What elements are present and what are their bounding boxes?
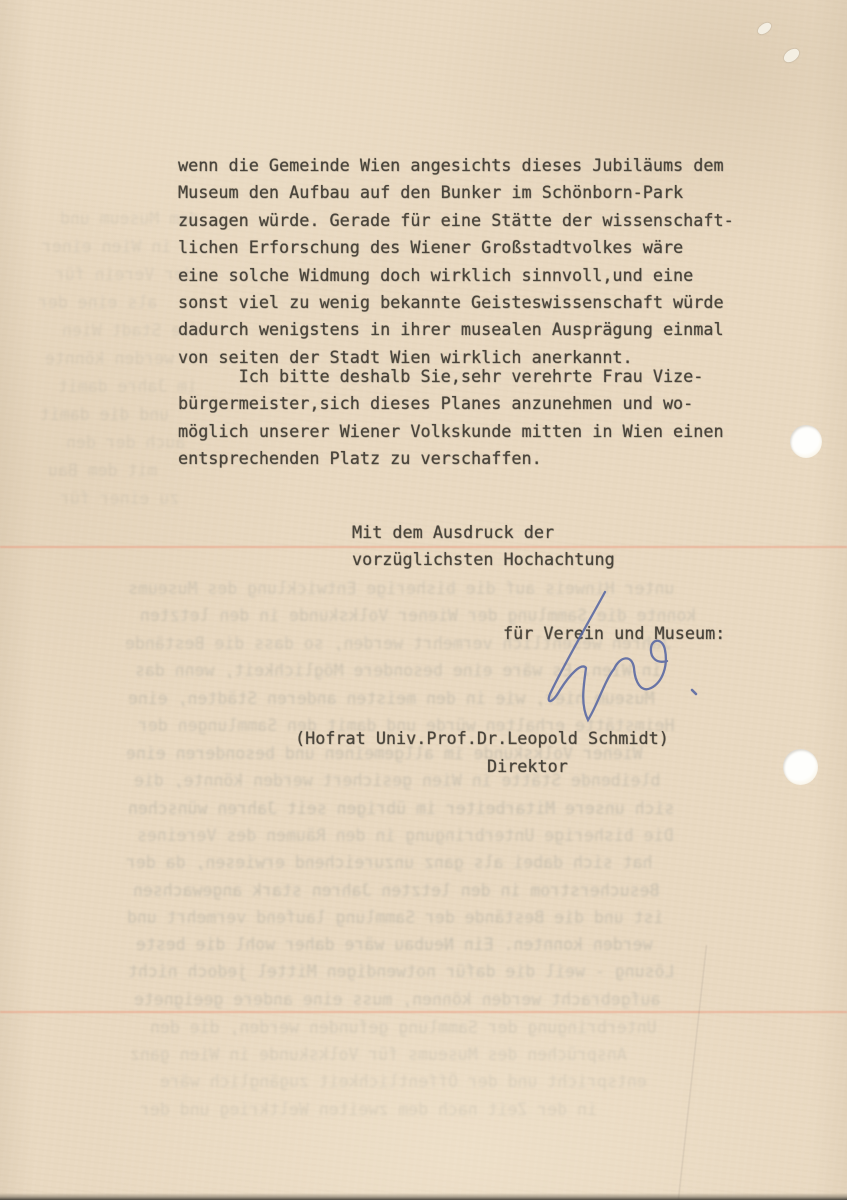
letter-body-paragraph-2: Ich bitte deshalb Sie,sehr verehrte Frau… — [178, 363, 724, 473]
letter-closing-formula: Mit dem Ausdruck der vorzüglichsten Hoch… — [352, 519, 615, 574]
bleedthrough-line: hat sich dabei als ganz unzureichend erw… — [126, 849, 653, 876]
paper-scratch — [781, 46, 801, 65]
bleedthrough-line: werden konnten. Ein Neubau wäre daher wo… — [136, 931, 653, 958]
vertical-crease — [677, 945, 707, 1200]
letter-body-paragraph-1: wenn die Gemeinde Wien angesichts dieses… — [178, 152, 734, 371]
bleedthrough-line: der Verein für — [55, 261, 194, 288]
bleedthrough-line: werden könnte — [45, 345, 174, 372]
bleedthrough-line: Besucherstrom in den letzten Jahren star… — [133, 877, 660, 904]
bleedthrough-line: Unterbringung der Sammlung gefunden werd… — [150, 1014, 657, 1041]
punch-hole — [790, 425, 822, 458]
fold-line — [0, 1011, 847, 1013]
bleedthrough-line: auch der den — [66, 429, 185, 456]
handwritten-signature — [520, 578, 720, 748]
bleedthrough-line: entspricht und der Öffentlichkeit zugäng… — [160, 1068, 647, 1095]
page-bottom-edge-shadow — [0, 1193, 847, 1200]
bleedthrough-line: bleibende Stätte in Wien gesichert werde… — [134, 767, 661, 794]
bleedthrough-line: Die bisherige Unterbringung in den Räume… — [137, 822, 673, 849]
bleedthrough-line: als eine der — [38, 289, 157, 316]
bleedthrough-line: in der Zeit nach dem zweiten Weltkrieg u… — [140, 1096, 597, 1123]
bleedthrough-line: aufgebracht werden können, muss eine and… — [134, 986, 661, 1013]
bleedthrough-line: ist und die Bestände der Sammlung laufen… — [127, 904, 663, 931]
bleedthrough-line: Ansprüchen des Museums für Volkskunde in… — [130, 1041, 627, 1068]
bleedthrough-line: mit dem Bau — [48, 457, 157, 484]
signatory-title-line: Direktor — [487, 753, 568, 780]
paper-scratch — [756, 20, 773, 36]
bleedthrough-line: und die damit — [40, 401, 169, 428]
bleedthrough-line: zu einer für — [60, 485, 179, 512]
bleedthrough-line: sich unsere Mitarbeiter im übrigen seit … — [128, 795, 674, 822]
bleedthrough-line: im Jahre damit — [58, 373, 197, 400]
signatory-name-line: (Hofrat Univ.Prof.Dr.Leopold Schmidt) — [295, 725, 669, 752]
bleedthrough-line: in Wien einer — [42, 233, 171, 260]
bleedthrough-line: Lösung - weil die dafür notwendigen Mitt… — [128, 958, 674, 985]
scanned-letter-page: dem Museum undin Wien einerder Verein fü… — [0, 0, 847, 1200]
punch-hole — [783, 749, 818, 785]
